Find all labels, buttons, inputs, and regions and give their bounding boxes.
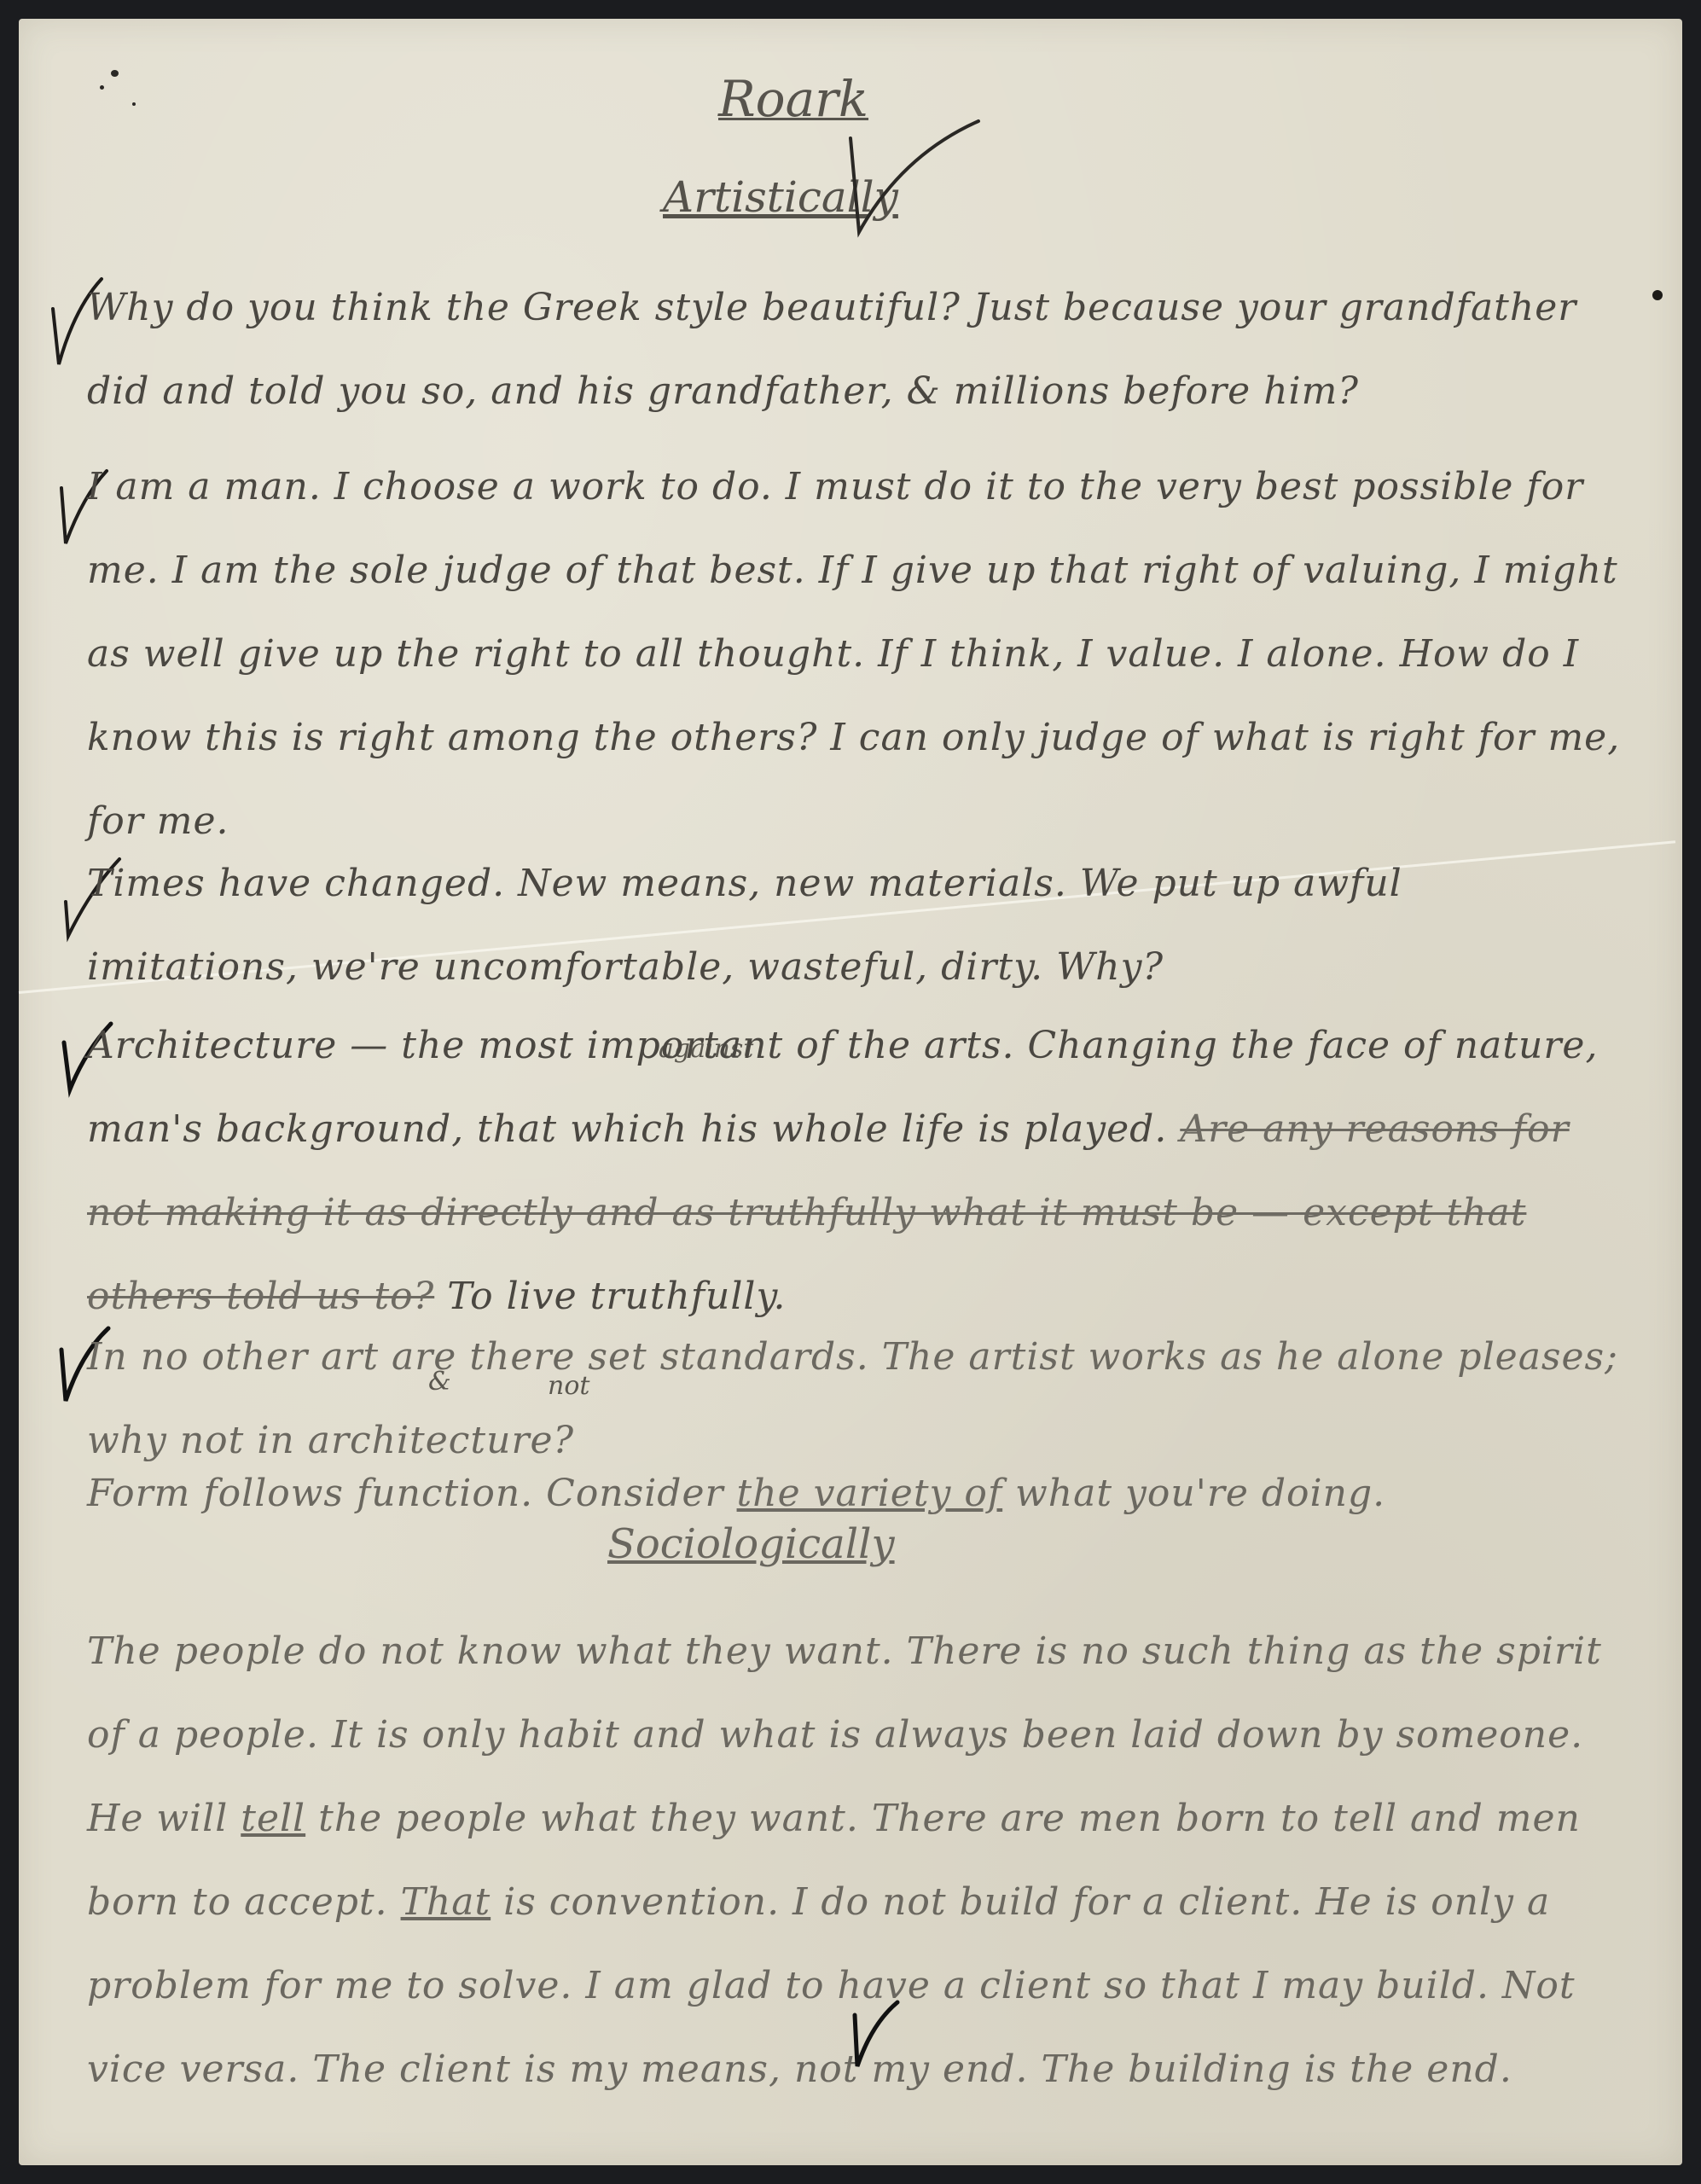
struck-out-text: the variety of [737,1472,1003,1515]
underlined-word-that: That [401,1880,491,1924]
paragraph-greek-style: Why do you think the Greek style beautif… [87,266,1623,433]
ink-dot [1652,290,1663,300]
checkmark-icon [833,104,987,241]
form-follows-text: Form follows function. Consider [87,1472,724,1515]
paragraph-i-am-a-man: I am a man. I choose a work to do. I mus… [87,445,1623,863]
paper-speck [132,102,136,106]
form-follows-text-after: what you're doing. [1015,1472,1385,1515]
architecture-text-after: To live truthfully. [447,1275,786,1318]
paragraph-times-changed: Times have changed. New means, new mater… [87,842,1623,1009]
paragraph-architecture: Architecture — the most important of the… [87,1004,1623,1339]
section-heading-sociologically: Sociologically [607,1520,895,1568]
manuscript-page: Roark Artistically Why do you think the … [19,19,1682,2165]
underlined-word-tell: tell [241,1797,305,1840]
paper-speck [111,70,119,77]
paper-speck [100,85,104,90]
checkmark-icon [850,1998,902,2075]
